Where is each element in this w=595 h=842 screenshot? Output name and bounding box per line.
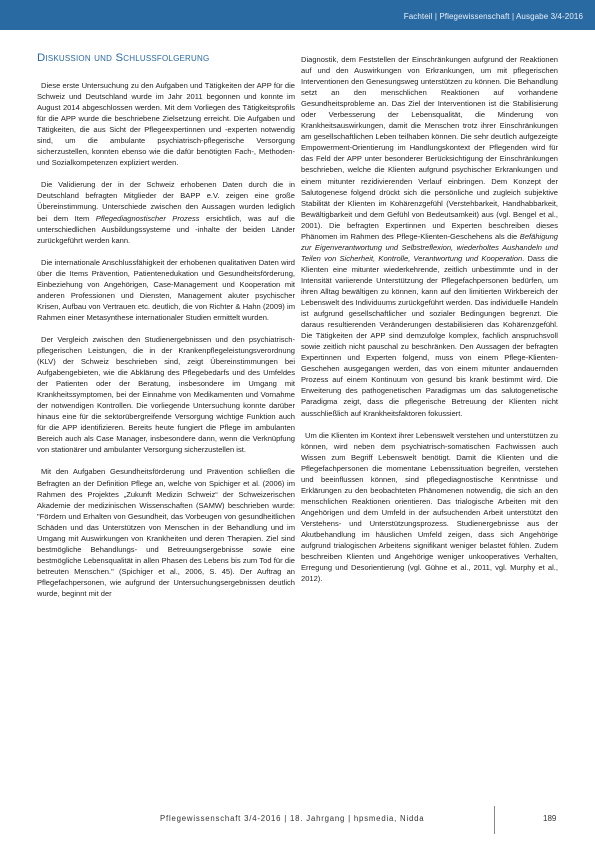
- paragraph: Die internationale Anschlussfähigkeit de…: [37, 257, 295, 323]
- paragraph: Diese erste Untersuchung zu den Aufgaben…: [37, 80, 295, 168]
- running-title: Fachteil | Pflegewissenschaft | Ausgabe …: [404, 12, 583, 21]
- header-bar: Fachteil | Pflegewissenschaft | Ausgabe …: [0, 0, 595, 30]
- paragraph: Um die Klienten im Kontext ihrer Lebensw…: [301, 430, 558, 585]
- footer-divider: [494, 806, 495, 834]
- emphasis-item: Pflegediagnostischer Prozess: [96, 214, 200, 223]
- right-column: Diagnostik, dem Feststellen der Einschrä…: [301, 54, 558, 595]
- paragraph: Diagnostik, dem Feststellen der Einschrä…: [301, 54, 558, 419]
- paragraph: Der Vergleich zwischen den Studienergebn…: [37, 334, 295, 456]
- left-column: Diese erste Untersuchung zu den Aufgaben…: [37, 80, 295, 610]
- paragraph: Mit den Aufgaben Gesundheitsförderung un…: [37, 466, 295, 599]
- paragraph: Die Validierung der in der Schweiz erhob…: [37, 179, 295, 245]
- footer-journal-line: Pflegewissenschaft 3/4-2016 | 18. Jahrga…: [160, 814, 424, 823]
- page-number: 189: [543, 814, 556, 823]
- section-title: Diskussion und Schlussfolgerung: [37, 52, 209, 64]
